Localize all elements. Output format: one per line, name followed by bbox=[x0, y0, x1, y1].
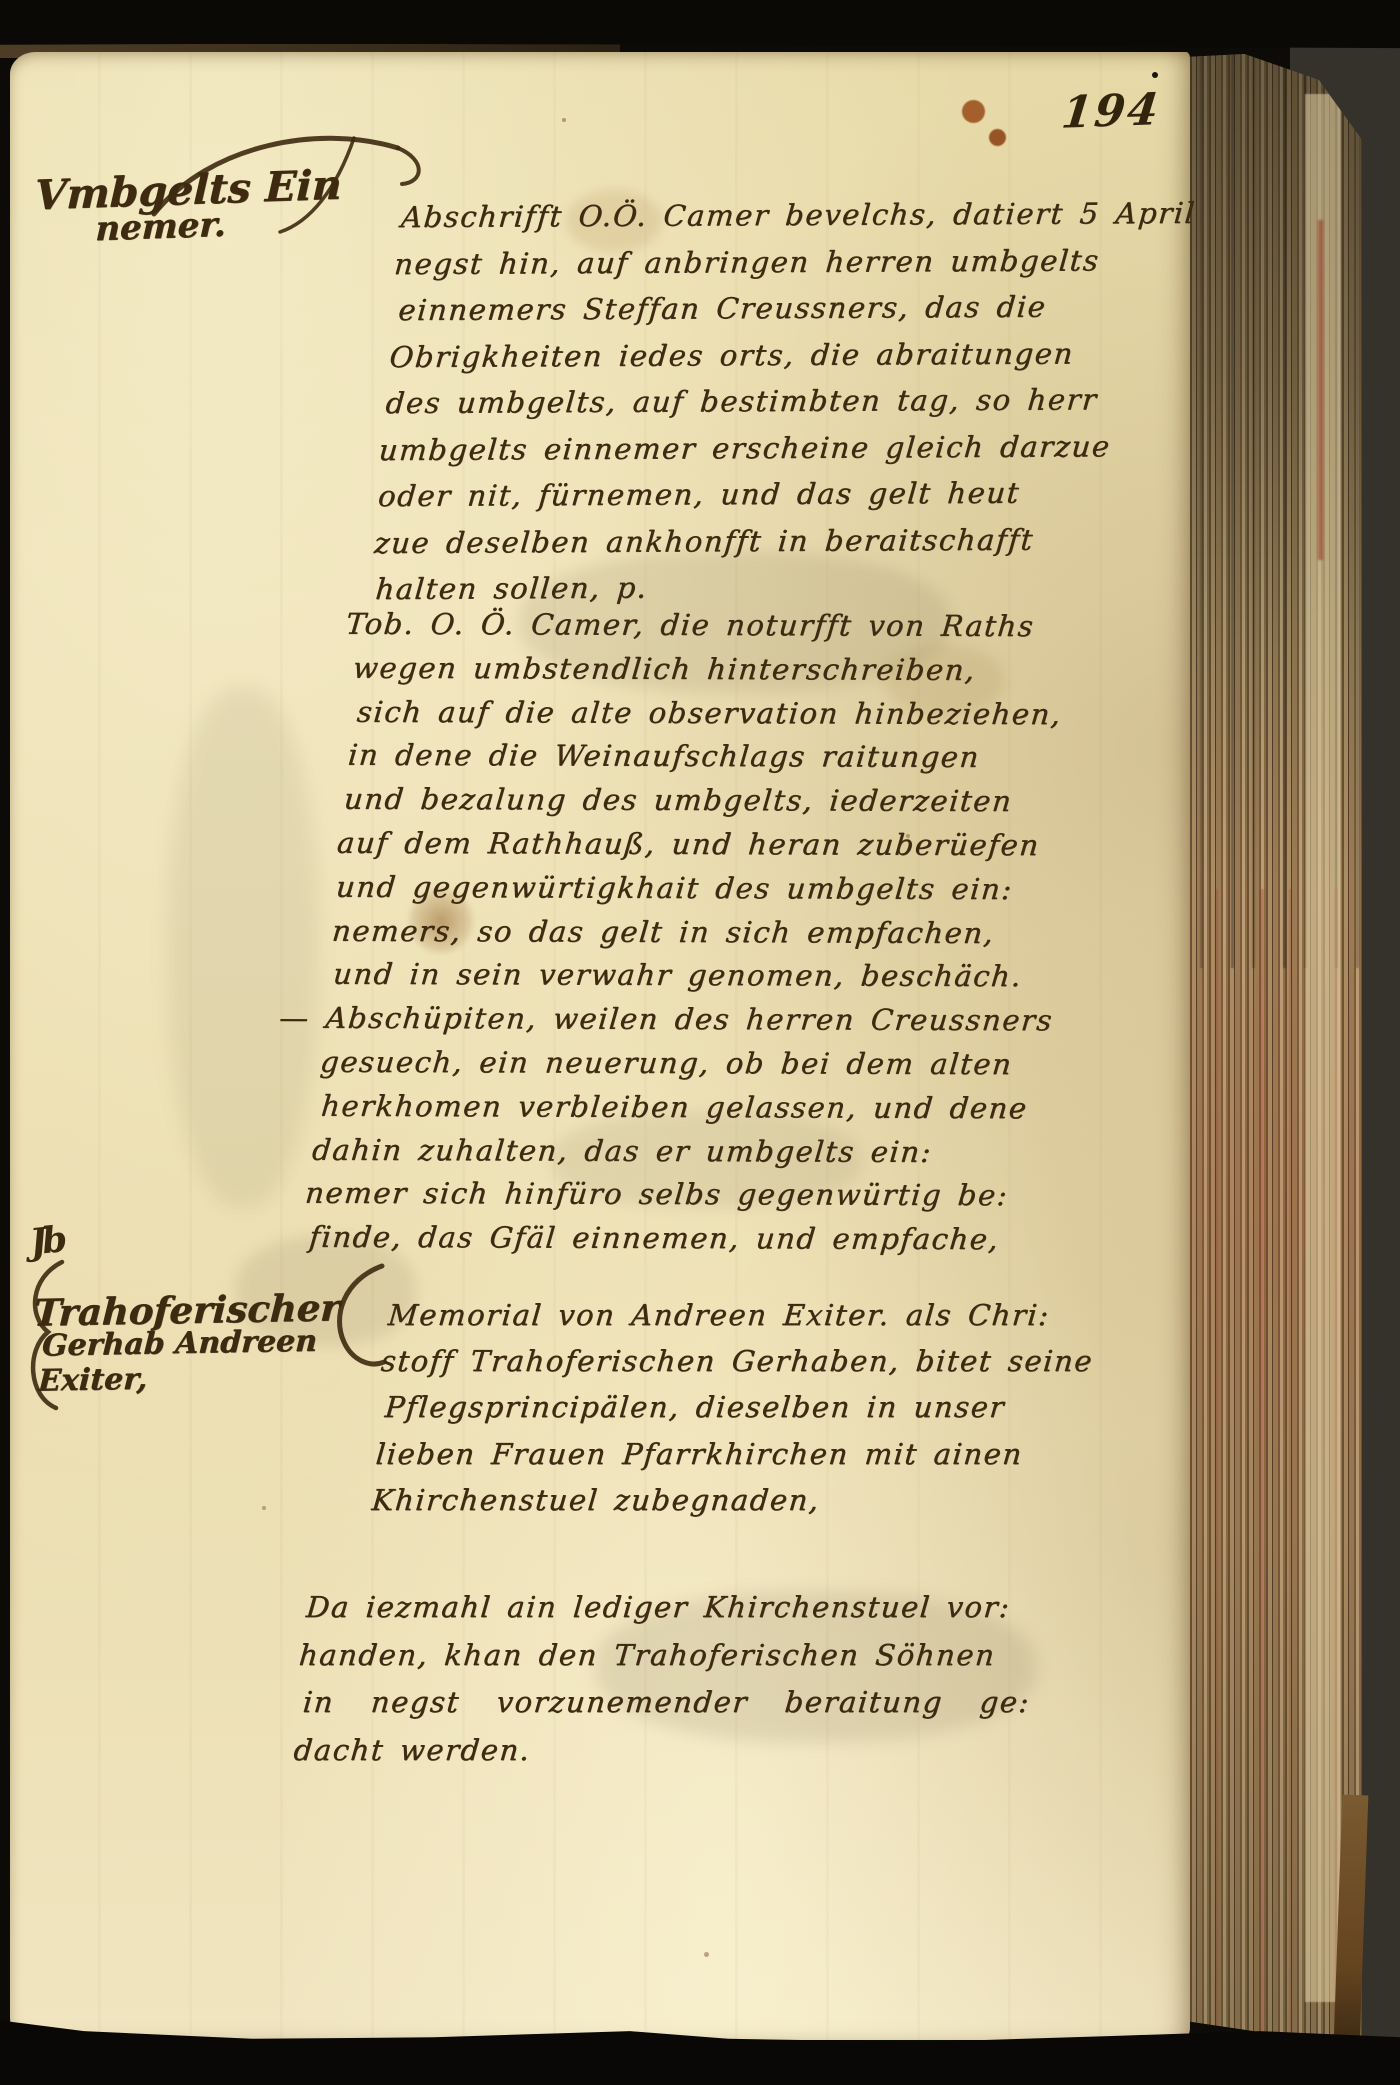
text-line: Khirchenstuel zubegnaden, bbox=[370, 1477, 1086, 1523]
text-line: einnemers Steffan Creussners, das die bbox=[397, 283, 1195, 334]
entry-4-body: Da iezmahl ain lediger Khirchenstuel vor… bbox=[292, 1584, 1036, 1774]
margin-note-line: Exiter, bbox=[37, 1358, 337, 1398]
margin-note-trahoferischer: TrahoferischerGerhab AndreenExiter, bbox=[29, 1285, 341, 1398]
text-line: des umbgelts, auf bestimbten tag, so her… bbox=[384, 376, 1182, 427]
ink-spot bbox=[962, 100, 985, 123]
text-line: umbgelts einnemer erscheine gleich darzu… bbox=[377, 422, 1175, 473]
show-through-smudge bbox=[168, 688, 318, 1208]
text-line: handen, khan den Trahoferischen Söhnen bbox=[297, 1632, 1028, 1680]
manuscript-photo: 194 Vmbgelts Einnemer. Abschrifft O.Ö. C… bbox=[0, 0, 1400, 2085]
text-line: und in sein verwahr genomen, beschäch. bbox=[331, 953, 1067, 999]
entry-2-body: Tob. O. Ö. Camer, die noturfft von Raths… bbox=[288, 603, 1094, 1263]
page-number: 194 bbox=[1059, 84, 1163, 138]
text-line: dahin zuhalten, das er umbgelts ein: bbox=[310, 1128, 1046, 1174]
text-line: finde, das Gfäl einnemen, und empfache, bbox=[307, 1216, 1043, 1262]
text-line: lieben Frauen Pfarrkhirchen mit ainen bbox=[374, 1431, 1090, 1477]
entry-1-body: Abschrifft O.Ö. Camer bevelchs, datiert … bbox=[369, 190, 1198, 613]
text-line: gesuech, ein neuerung, ob bei dem alten bbox=[318, 1041, 1054, 1087]
text-line: nemer sich hinfüro selbs gegenwürtig be: bbox=[303, 1172, 1039, 1218]
text-line: wegen umbstendlich hinterschreiben, bbox=[351, 647, 1087, 693]
text-line: sich auf die alte observation hinbeziehe… bbox=[355, 690, 1091, 736]
text-line: dacht werden. bbox=[292, 1727, 1023, 1775]
text-line: stoff Trahoferischen Gerhaben, bitet sei… bbox=[379, 1338, 1095, 1384]
ink-speck bbox=[262, 1506, 266, 1510]
text-line: nemers, so das gelt in sich empfachen, bbox=[330, 909, 1066, 955]
text-line: herkhomen verbleiben gelassen, und dene bbox=[319, 1085, 1055, 1131]
ink-speck bbox=[562, 118, 566, 122]
text-line: Obrigkheiten iedes orts, die abraitungen bbox=[388, 329, 1186, 380]
book-fore-edge bbox=[1166, 54, 1362, 2042]
text-line: auf dem Rathhauß, und heran zuberüefen bbox=[335, 822, 1071, 868]
fore-edge-red-streak bbox=[1318, 220, 1323, 560]
text-line: Da iezmahl ain lediger Khirchenstuel vor… bbox=[304, 1584, 1035, 1632]
text-line: negst hin, auf anbringen herren umbgelts bbox=[392, 236, 1190, 287]
flourish-stroke bbox=[140, 118, 440, 238]
text-line: Pflegsprincipälen, dieselben in unser bbox=[383, 1384, 1099, 1430]
text-line: in dene die Weinaufschlags raitungen bbox=[346, 734, 1082, 780]
ink-speck bbox=[1152, 72, 1158, 78]
entry-3-body: Memorial von Andreen Exiter. als Chri:st… bbox=[370, 1292, 1102, 1523]
margin-note-line: Gerhab Andreen bbox=[41, 1323, 339, 1363]
ink-speck bbox=[704, 1952, 709, 1957]
text-line: Tob. O. Ö. Camer, die noturfft von Raths bbox=[344, 603, 1094, 649]
text-line: oder nit, fürnemen, und das gelt heut bbox=[376, 469, 1174, 520]
text-line: Abschrifft O.Ö. Camer bevelchs, datiert … bbox=[399, 190, 1197, 241]
text-line: zue deselben ankhonfft in beraitschafft bbox=[372, 515, 1170, 566]
text-line: — Abschüpiten, weilen des herren Creussn… bbox=[277, 997, 1055, 1043]
text-line: Memorial von Andreen Exiter. als Chri: bbox=[386, 1292, 1102, 1338]
ink-spot bbox=[989, 129, 1006, 146]
text-line: und bezalung des umbgelts, iederzeiten bbox=[342, 778, 1078, 824]
flourish-stroke bbox=[18, 1256, 74, 1416]
text-line: in negst vorzunemender beraitung ge: bbox=[301, 1679, 1032, 1727]
text-line: und gegenwürtigkhait des umbgelts ein: bbox=[334, 866, 1070, 912]
fore-edge-light-page bbox=[1305, 94, 1341, 2002]
flourish-stroke bbox=[318, 1258, 394, 1378]
